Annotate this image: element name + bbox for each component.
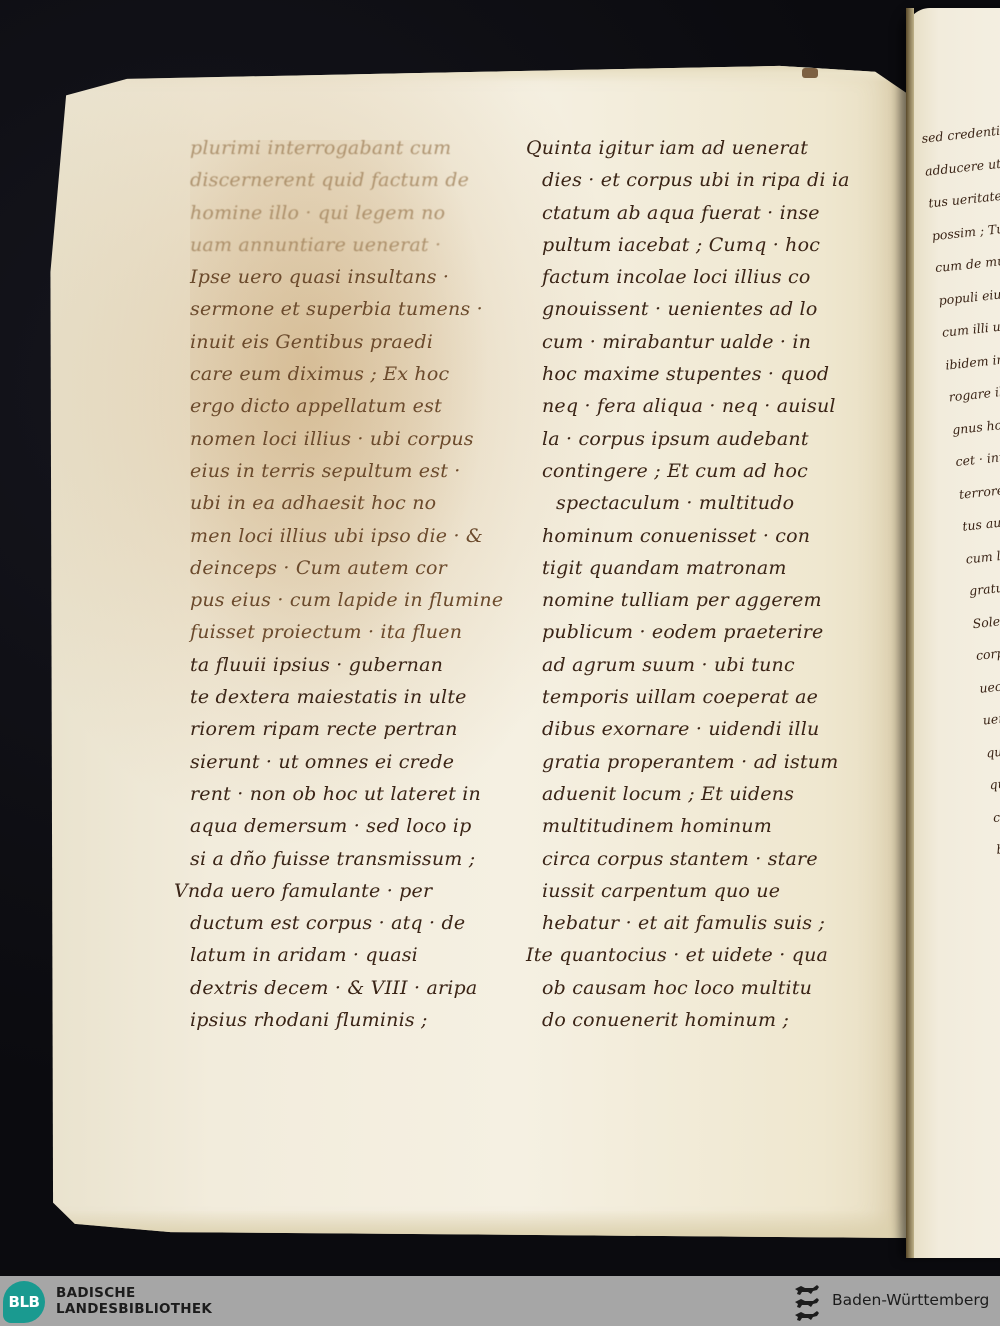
manuscript-line: dies · et corpus ubi in ripa di ia — [542, 164, 882, 196]
blb-name-line1: BADISCHE — [56, 1285, 212, 1301]
manuscript-line: do conuenerit hominum ; — [542, 1004, 882, 1036]
recto-text-column: sed credentibus illicadducere ut ipsi pi… — [920, 106, 1000, 1028]
manuscript-line: contingere ; Et cum ad hoc — [542, 455, 882, 487]
manuscript-line: ergo dicto appellatum est — [190, 390, 520, 422]
manuscript-line: ipsius rhodani fluminis ; — [190, 1004, 520, 1036]
manuscript-line: discernerent quid factum de — [190, 164, 520, 196]
manuscript-line: la · corpus ipsum audebant — [542, 423, 882, 455]
manuscript-line: circa corpus stantem · stare — [542, 843, 882, 875]
manuscript-line: hoc maxime stupentes · quod — [542, 358, 882, 390]
manuscript-line: men loci illius ubi ipso die · & — [190, 520, 520, 552]
recto-page-edge: sed credentibus illicadducere ut ipsi pi… — [906, 8, 1000, 1258]
manuscript-line: plurimi interrogabant cum — [190, 132, 520, 164]
verso-page: plurimi interrogabant cumdiscernerent qu… — [40, 60, 910, 1238]
manuscript-line: pultum iacebat ; Cumq · hoc — [542, 229, 882, 261]
text-column-left: plurimi interrogabant cumdiscernerent qu… — [190, 132, 520, 1036]
baden-wuerttemberg-label[interactable]: Baden-Württemberg — [832, 1291, 989, 1309]
manuscript-line: ad agrum suum · ubi tunc — [542, 649, 882, 681]
manuscript-line: aduenit locum ; Et uidens — [542, 778, 882, 810]
manuscript-line: hominum conuenisset · con — [542, 520, 882, 552]
folio-ink-mark — [802, 68, 818, 78]
manuscript-line: Vnda uero famulante · per — [174, 875, 520, 907]
manuscript-line: dextris decem · & VIII · aripa — [190, 972, 520, 1004]
manuscript-line: Ipse uero quasi insultans · — [190, 261, 520, 293]
manuscript-line: sermone et superbia tumens · — [190, 293, 520, 325]
manuscript-line: riorem ripam recte pertran — [190, 713, 520, 745]
footer-bar: BLB BADISCHE LANDESBIBLIOTHEK Baden-Würt… — [0, 1276, 1000, 1326]
text-column-right: Quinta igitur iam ad ueneratdies · et co… — [542, 132, 882, 1036]
manuscript-line: publicum · eodem praeterire — [542, 616, 882, 648]
blb-institution-name[interactable]: BADISCHE LANDESBIBLIOTHEK — [56, 1285, 212, 1317]
manuscript-line: factum incolae loci illius co — [542, 261, 882, 293]
manuscript-line: pus eius · cum lapide in flumine — [190, 584, 520, 616]
manuscript-line: nomine tulliam per aggerem — [542, 584, 882, 616]
manuscript-line: rent · non ob hoc ut lateret in — [190, 778, 520, 810]
manuscript-line: sierunt · ut omnes ei crede — [190, 746, 520, 778]
manuscript-line: fuisset proiectum · ita fluen — [190, 616, 520, 648]
manuscript-line: homine illo · qui legem no — [190, 197, 520, 229]
manuscript-line: deinceps · Cum autem cor — [190, 552, 520, 584]
manuscript-line: ob causam hoc loco multitu — [542, 972, 882, 1004]
manuscript-line: Quinta igitur iam ad uenerat — [526, 132, 882, 164]
manuscript-line: dibus exornare · uidendi illu — [542, 713, 882, 745]
manuscript-line: te dextera maiestatis in ulte — [190, 681, 520, 713]
manuscript-line: ductum est corpus · atq · de — [190, 907, 520, 939]
recto-line: sed credentibus illic — [920, 106, 1000, 156]
page-top-edge — [40, 60, 910, 82]
manuscript-line: Ite quantocius · et uidete · qua — [526, 939, 882, 971]
manuscript-line: spectaculum · multitudo — [542, 487, 882, 519]
manuscript-line: nomen loci illius · ubi corpus — [190, 423, 520, 455]
manuscript-line: aqua demersum · sed loco ip — [190, 810, 520, 842]
manuscript-line: care eum diximus ; Ex hoc — [190, 358, 520, 390]
manuscript-line: hebatur · et ait famulis suis ; — [542, 907, 882, 939]
manuscript-line: inuit eis Gentibus praedi — [190, 326, 520, 358]
manuscript-line: latum in aridam · quasi — [190, 939, 520, 971]
blb-logo-icon[interactable]: BLB — [3, 1281, 45, 1323]
manuscript-line: eius in terris sepultum est · — [190, 455, 520, 487]
manuscript-line: ta fluuii ipsius · gubernan — [190, 649, 520, 681]
manuscript-line: gratia properantem · ad istum — [542, 746, 882, 778]
manuscript-line: gnouissent · uenientes ad lo — [542, 293, 882, 325]
manuscript-viewer[interactable]: plurimi interrogabant cumdiscernerent qu… — [0, 0, 1000, 1276]
manuscript-line: neq · fera aliqua · neq · auisul — [542, 390, 882, 422]
manuscript-line: temporis uillam coeperat ae — [542, 681, 882, 713]
book-gutter — [906, 8, 914, 1258]
blb-name-line2: LANDESBIBLIOTHEK — [56, 1301, 212, 1317]
manuscript-line: multitudinem hominum — [542, 810, 882, 842]
manuscript-line: ubi in ea adhaesit hoc no — [190, 487, 520, 519]
manuscript-line: uam annuntiare uenerat · — [190, 229, 520, 261]
manuscript-line: ctatum ab aqua fuerat · inse — [542, 197, 882, 229]
manuscript-line: si a dño fuisse transmissum ; — [190, 843, 520, 875]
manuscript-line: cum · mirabantur ualde · in — [542, 326, 882, 358]
page-bottom-edge — [40, 1210, 910, 1238]
manuscript-line: iussit carpentum quo ue — [542, 875, 882, 907]
manuscript-line: tigit quandam matronam — [542, 552, 882, 584]
three-lions-crest-icon — [792, 1283, 822, 1323]
